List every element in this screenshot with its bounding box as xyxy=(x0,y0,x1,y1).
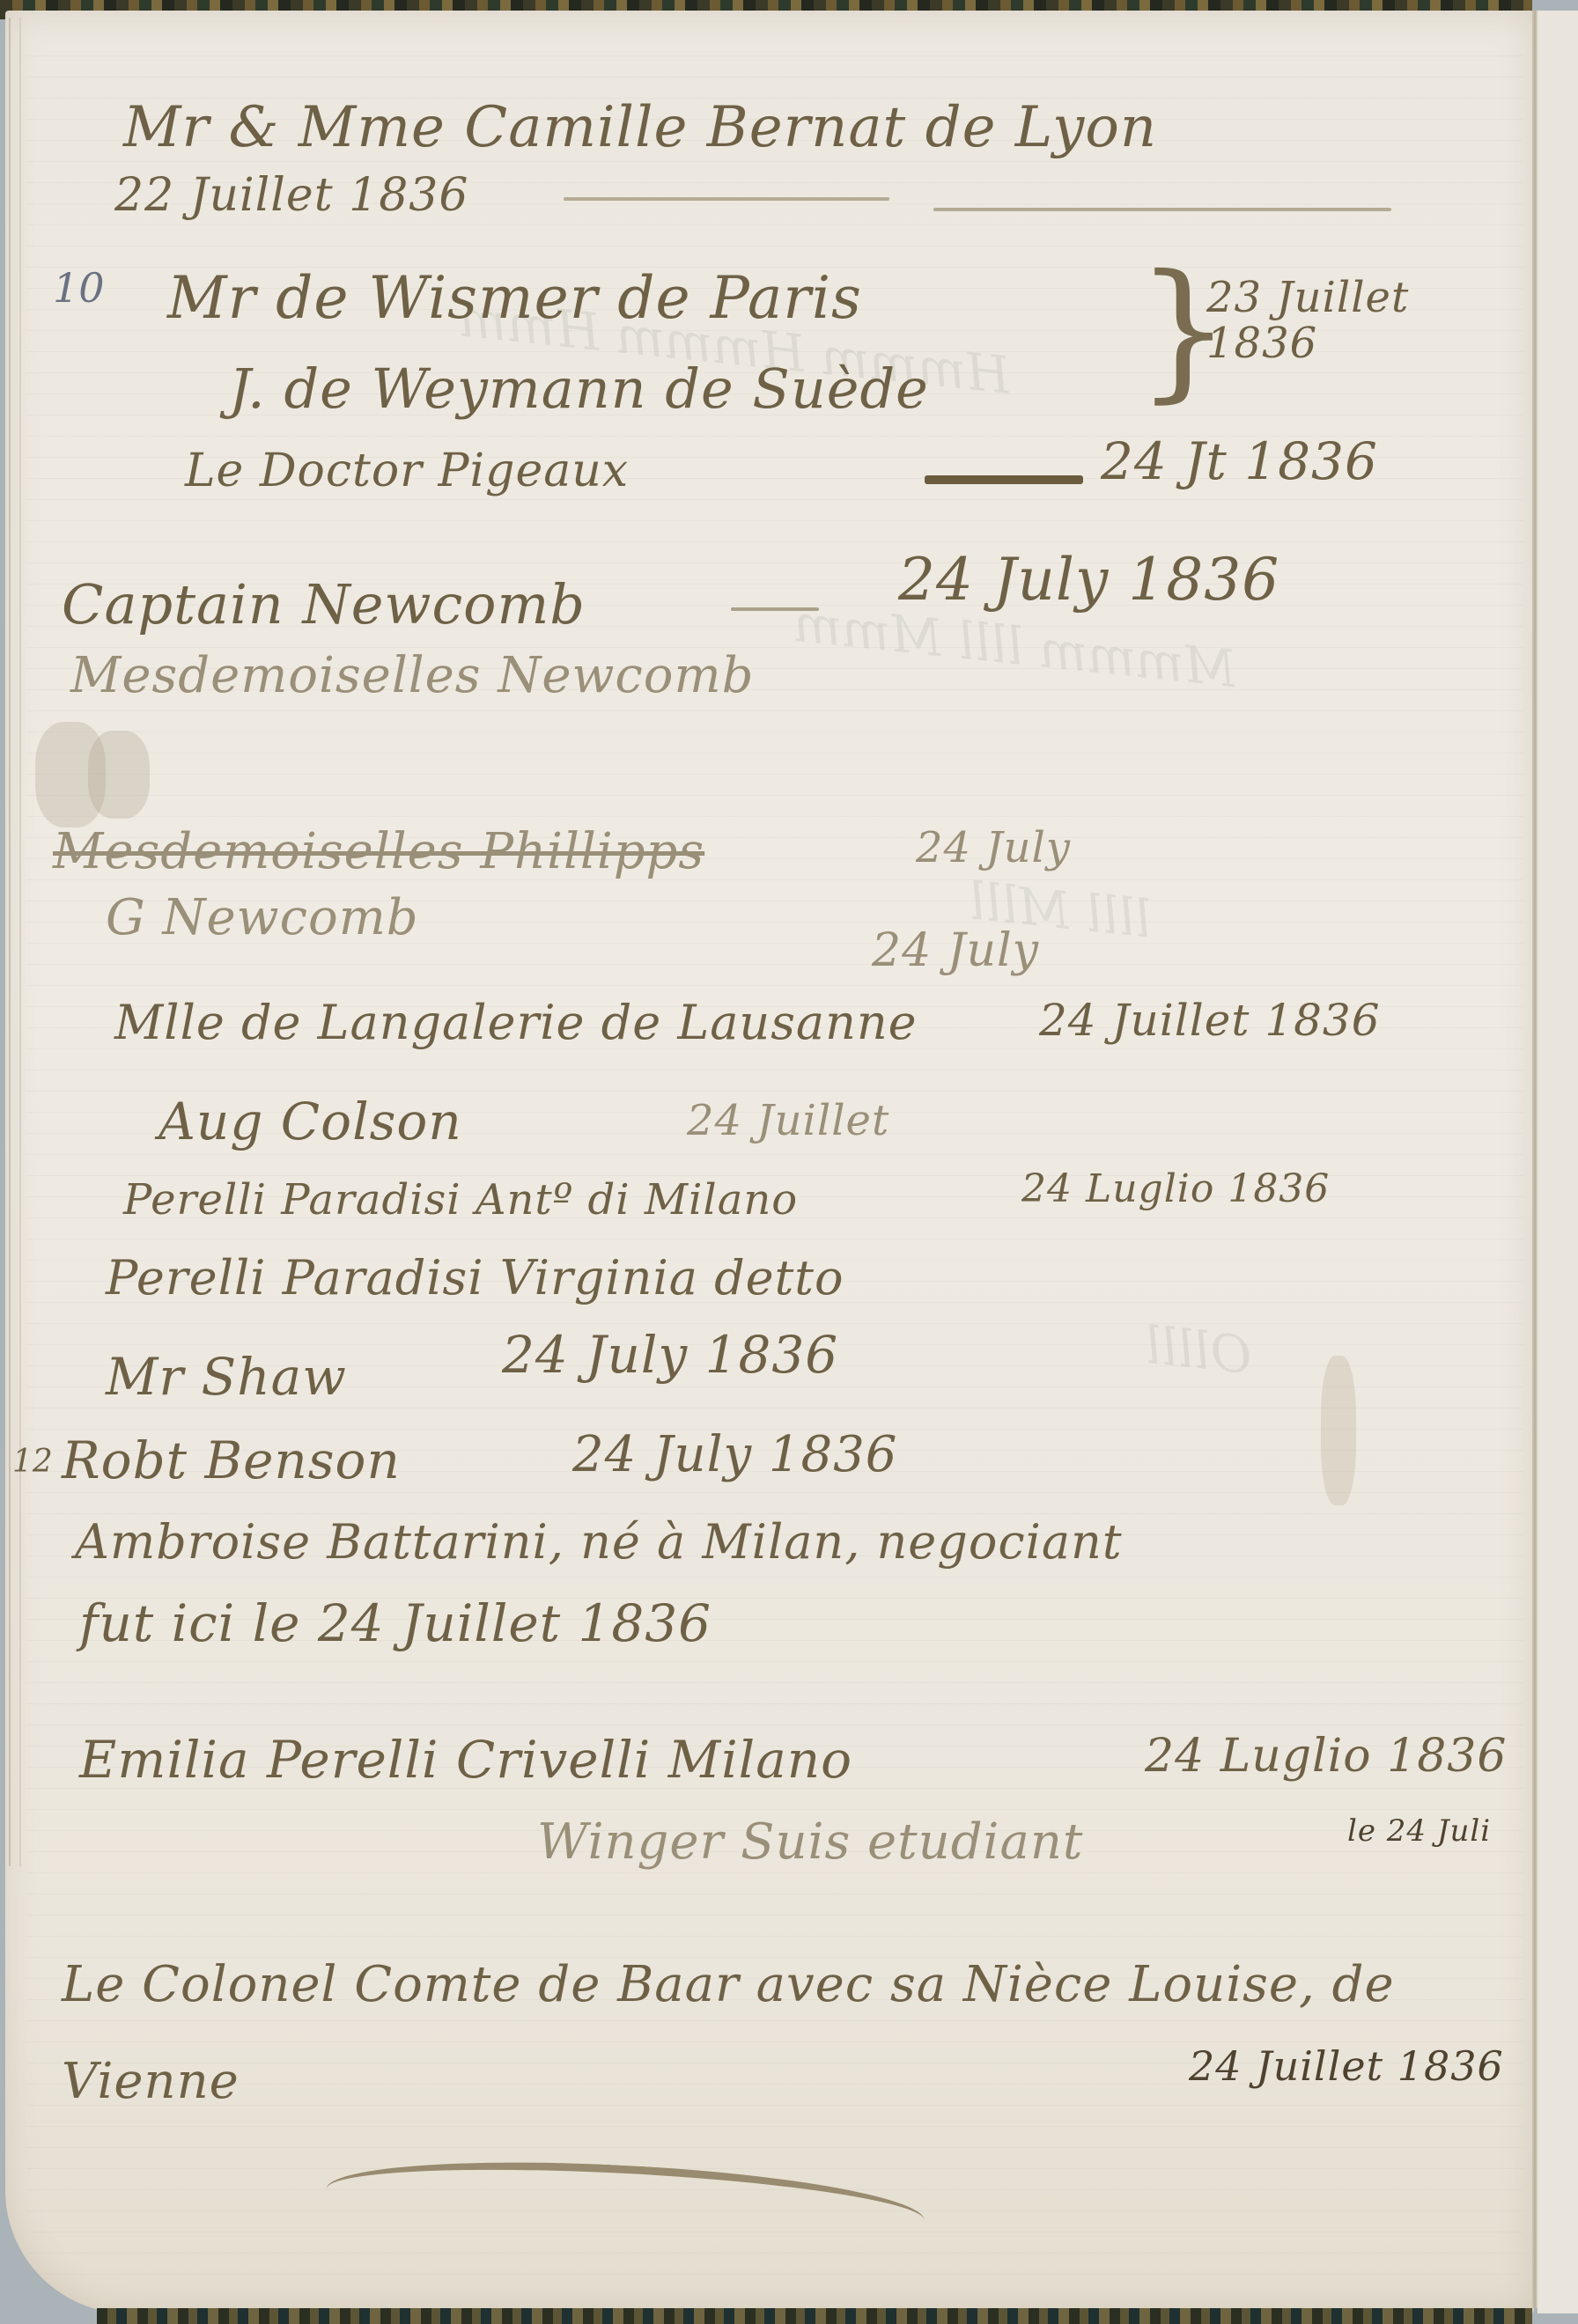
bleed-through-text: Ollll xyxy=(1142,1315,1255,1386)
entry-name-struck: Mesdemoiselles Phillipps xyxy=(53,823,704,880)
entry-name: Mr Shaw xyxy=(106,1347,347,1407)
margin-number: 12 xyxy=(12,1444,53,1480)
entry-name: Mr de Wismer de Paris xyxy=(167,264,862,332)
entry-date: fut ici le 24 Juillet 1836 xyxy=(79,1593,712,1653)
marbled-binding-bottom xyxy=(97,2308,1532,2324)
entry-name: Ambroise Battarini, né à Milan, negocian… xyxy=(75,1514,1123,1570)
line-filler-dash xyxy=(564,197,889,201)
entry-name: Aug Colson xyxy=(159,1092,462,1151)
entry-name: Mr & Mme Camille Bernat de Lyon xyxy=(123,95,1157,160)
entry-date: 24 July 1836 xyxy=(572,1426,897,1483)
water-stain xyxy=(1321,1356,1356,1505)
entry-date: 24 Juillet xyxy=(687,1096,889,1145)
line-filler-dash xyxy=(731,607,819,611)
entry-name: Robt Benson xyxy=(62,1430,401,1490)
entry-date: 24 Luglio 1836 xyxy=(1145,1730,1507,1783)
entry-date: 24 July xyxy=(872,924,1039,977)
ink-stain xyxy=(88,731,150,819)
entry-date: le 24 Juli xyxy=(1347,1813,1491,1849)
entry-name: Perelli Paradisi Antº di Milano xyxy=(123,1175,798,1225)
entry-name: Le Colonel Comte de Baar avec sa Nièce L… xyxy=(62,1937,1471,2130)
entry-date: 24 July 1836 xyxy=(502,1325,838,1385)
entry-name: Mlle de Langalerie de Lausanne xyxy=(114,995,918,1050)
entry-name: Le Doctor Pigeaux xyxy=(185,445,629,497)
entry-date: 24 Jt 1836 xyxy=(1101,431,1378,491)
entry-name: Perelli Paradisi Virginia detto xyxy=(106,1250,844,1305)
entry-date: 24 Luglio 1836 xyxy=(1021,1166,1330,1211)
page-edge-left xyxy=(9,18,21,1866)
entry-name: G Newcomb xyxy=(106,889,419,946)
entry-date: 24 July 1836 xyxy=(898,546,1279,614)
margin-number: 10 xyxy=(53,264,105,312)
line-filler-dash xyxy=(933,208,1391,211)
entry-date: 23 Juillet 1836 xyxy=(1206,275,1488,366)
entry-date: 24 July xyxy=(916,823,1071,872)
entry-name: Captain Newcomb xyxy=(62,572,586,636)
line-filler-dash xyxy=(925,475,1083,484)
entry-name: Emilia Perelli Crivelli Milano xyxy=(79,1730,852,1790)
entry-date: 24 Juillet 1836 xyxy=(1039,995,1381,1046)
entry-name: J. de Weymann de Suède xyxy=(229,357,929,421)
entry-date: 24 Juillet 1836 xyxy=(1189,2042,1504,2090)
entry-name: Winger Suis etudiant xyxy=(537,1813,1083,1871)
entry-name: Mesdemoiselles Newcomb xyxy=(70,647,754,704)
entry-date: 22 Juillet 1836 xyxy=(114,169,468,222)
adjacent-page-edge xyxy=(1537,11,1578,2313)
